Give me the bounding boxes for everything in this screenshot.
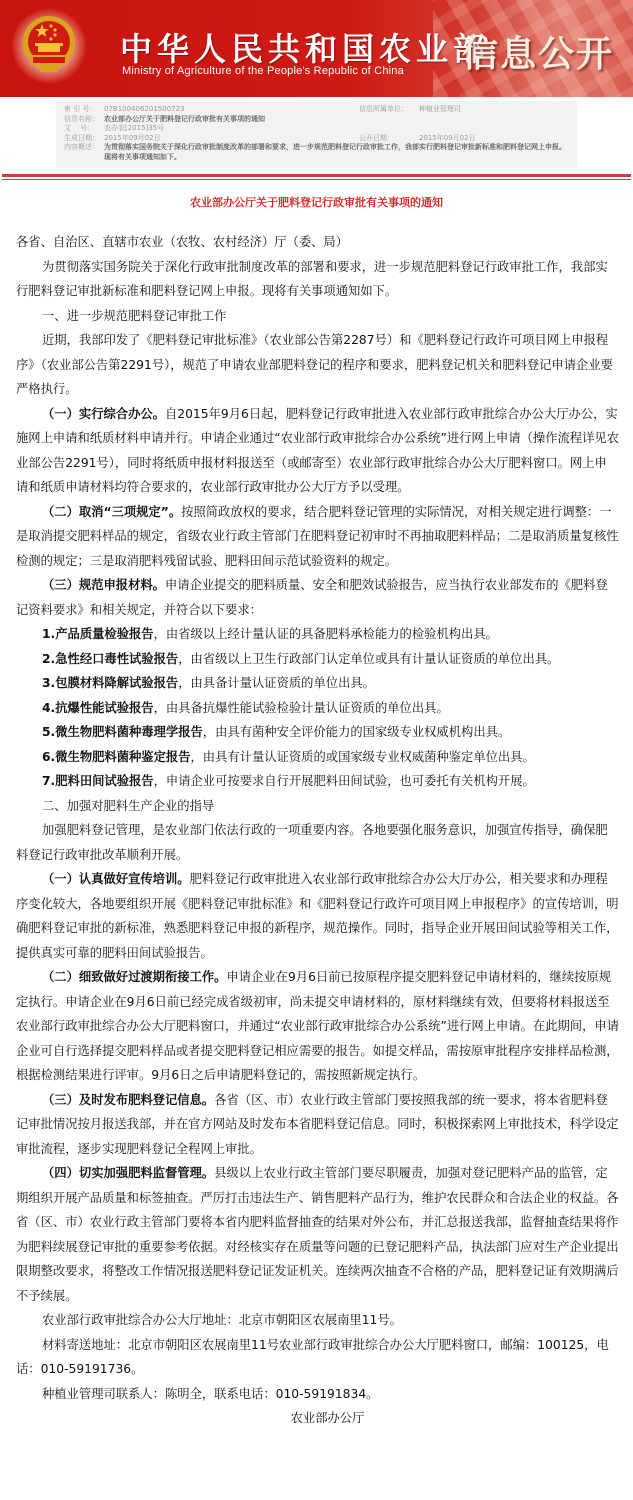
section-2-item: （三）及时发布肥料登记信息。各省（区、市）农业行政主管部门要按照我部的统一要求，…: [16, 1088, 619, 1162]
report-text: ，申请企业可按要求自行开展肥料田间试验，也可委托有关机构开展。: [154, 774, 535, 788]
item-text: 申请企业在9月6日前已按原程序提交肥料登记申请材料的，继续按原规定执行。申请企业…: [16, 970, 619, 1082]
report-requirement: 2.急性经口毒性试验报告，由省级以上卫生行政部门认定单位或具有计量认证资质的单位…: [16, 647, 619, 672]
addressee: 各省、自治区、直辖市农业（农牧、农村经济）厅（委、局）: [16, 230, 619, 255]
section-1-item: （一）实行综合办公。自2015年9月6日起，肥料登记行政审批进入农业部行政审批综…: [16, 402, 619, 500]
report-requirement: 7.肥料田间试验报告，申请企业可按要求自行开展肥料田间试验，也可委托有关机构开展…: [16, 769, 619, 794]
section-1-item: （三）规范申报材料。申请企业提交的肥料质量、安全和肥效试验报告，应当执行农业部发…: [16, 573, 619, 622]
report-title: 4.抗爆性能试验报告: [42, 701, 154, 715]
national-emblem-icon: [20, 12, 78, 78]
mail-address: 材料寄送地址：北京市朝阳区农展南里11号农业部行政审批综合办公大厅肥料窗口，邮编…: [16, 1333, 619, 1382]
section-1-lead: 近期，我部印发了《肥料登记审批标准》（农业部公告第2287号）和《肥料登记行政许…: [16, 328, 619, 402]
report-title: 6.微生物肥料菌种鉴定报告: [42, 750, 191, 764]
section-1-heading: 一、进一步规范肥料登记审批工作: [16, 304, 619, 329]
report-text: ，由省级以上卫生行政部门认定单位或具有计量认证资质的单位出具。: [178, 652, 559, 666]
item-title: （二）取消“三项规定”。: [42, 505, 181, 519]
section-2-heading: 二、加强对肥料生产企业的指导: [16, 794, 619, 819]
report-title: 1.产品质量检验报告: [42, 627, 154, 641]
report-title: 3.包膜材料降解试验报告: [42, 676, 178, 690]
report-text: ，由具备计量认证资质的单位出具。: [178, 676, 375, 690]
hall-address: 农业部行政审批综合办公大厅地址：北京市朝阳区农展南里11号。: [16, 1308, 619, 1333]
section-2-item: （一）认真做好宣传培训。肥料登记行政审批进入农业部行政审批综合办公大厅办公，相关…: [16, 867, 619, 965]
report-title: 2.急性经口毒性试验报告: [42, 652, 178, 666]
ministry-name-en: Ministry of Agriculture of the People's …: [122, 65, 404, 77]
report-requirement: 1.产品质量检验报告，由省级以上经计量认证的具备肥料承检能力的检验机构出具。: [16, 622, 619, 647]
section-1-item: （二）取消“三项规定”。按照简政放权的要求，结合肥料登记管理的实际情况，对相关规…: [16, 500, 619, 574]
meta-summary-value: 为贯彻落实国务院关于深化行政审批制度改革的部署和要求，进一步规范肥料登记行政审批…: [104, 143, 569, 162]
meta-gen-date-label: 生成日期：: [64, 134, 104, 144]
item-title: （二）细致做好过渡期衔接工作。: [42, 970, 226, 984]
report-requirement: 6.微生物肥料菌种鉴定报告，由具有计量认证资质的或国家级专业权威菌种鉴定单位出具…: [16, 745, 619, 770]
section-2-item: （四）切实加强肥料监督管理。县级以上农业行政主管部门要尽职履责，加强对登记肥料产…: [16, 1161, 619, 1308]
meta-pub-date-label: 公开日期：: [329, 134, 419, 144]
meta-name-label: 信息名称：: [64, 115, 104, 125]
document-title: 农业部办公厅关于肥料登记行政审批有关事项的通知: [0, 194, 633, 230]
item-title: （四）切实加强肥料监督管理。: [42, 1166, 214, 1180]
meta-unit-label: 信息所属单位：: [329, 105, 419, 115]
item-title: （一）实行综合办公。: [42, 407, 165, 421]
report-title: 5.微生物肥料菌种毒理学报告: [42, 725, 203, 739]
report-text: ，由省级以上经计量认证的具备肥料承检能力的检验机构出具。: [154, 627, 498, 641]
meta-unit-value: 种植业管理司: [419, 105, 569, 115]
site-banner: 中华人民共和国农业部 Ministry of Agriculture of th…: [0, 0, 633, 97]
title-divider: [0, 174, 633, 180]
item-title: （三）及时发布肥料登记信息。: [42, 1093, 214, 1107]
contact-person: 种植业管理司联系人：陈明全，联系电话：010-59191834。: [16, 1382, 619, 1407]
document-metadata: 索 引 号： 07B100406201500723 信息所属单位： 种植业管理司…: [0, 97, 633, 168]
document-body: 各省、自治区、直辖市农业（农牧、农村经济）厅（委、局） 为贯彻落实国务院关于深化…: [0, 230, 633, 1431]
item-title: （一）认真做好宣传培训。: [42, 872, 190, 886]
report-requirement: 4.抗爆性能试验报告，由具备抗爆性能试验检验计量认证资质的单位出具。: [16, 696, 619, 721]
meta-pub-date-value: 2015年09月02日: [419, 134, 569, 144]
meta-name-value: 农业部办公厅关于肥料登记行政审批有关事项的通知: [104, 115, 569, 125]
item-title: （三）规范申报材料。: [42, 578, 165, 592]
intro-paragraph: 为贯彻落实国务院关于深化行政审批制度改革的部署和要求，进一步规范肥料登记行政审批…: [16, 255, 619, 304]
meta-index-value: 07B100406201500723: [104, 105, 329, 115]
section-title-info-disclosure: 信息公开: [462, 26, 614, 77]
section-2-lead: 加强肥料登记管理，是农业部门依法行政的一项重要内容。各地要强化服务意识，加强宣传…: [16, 818, 619, 867]
report-requirement: 3.包膜材料降解试验报告，由具备计量认证资质的单位出具。: [16, 671, 619, 696]
signature: 农业部办公厅: [16, 1406, 619, 1431]
meta-index-label: 索 引 号：: [64, 105, 104, 115]
meta-summary-label: 内容概述：: [64, 143, 104, 162]
meta-gen-date-value: 2015年09月02日: [104, 134, 329, 144]
report-title: 7.肥料田间试验报告: [42, 774, 154, 788]
item-text: 县级以上农业行政主管部门要尽职履责，加强对登记肥料产品的监管，定期组织开展产品质…: [16, 1166, 619, 1303]
report-text: ，由具有计量认证资质的或国家级专业权威菌种鉴定单位出具。: [191, 750, 535, 764]
meta-docno-label: 文 号：: [64, 124, 104, 134]
report-requirement: 5.微生物肥料菌种毒理学报告，由具有菌种安全评价能力的国家级专业权威机构出具。: [16, 720, 619, 745]
report-text: ，由具备抗爆性能试验检验计量认证资质的单位出具。: [154, 701, 449, 715]
ministry-name-cn: 中华人民共和国农业部: [120, 24, 490, 70]
section-2-item: （二）细致做好过渡期衔接工作。申请企业在9月6日前已按原程序提交肥料登记申请材料…: [16, 965, 619, 1088]
report-text: ，由具有菌种安全评价能力的国家级专业权威机构出具。: [203, 725, 510, 739]
meta-docno-value: 农办农[2015]35号: [104, 124, 569, 134]
